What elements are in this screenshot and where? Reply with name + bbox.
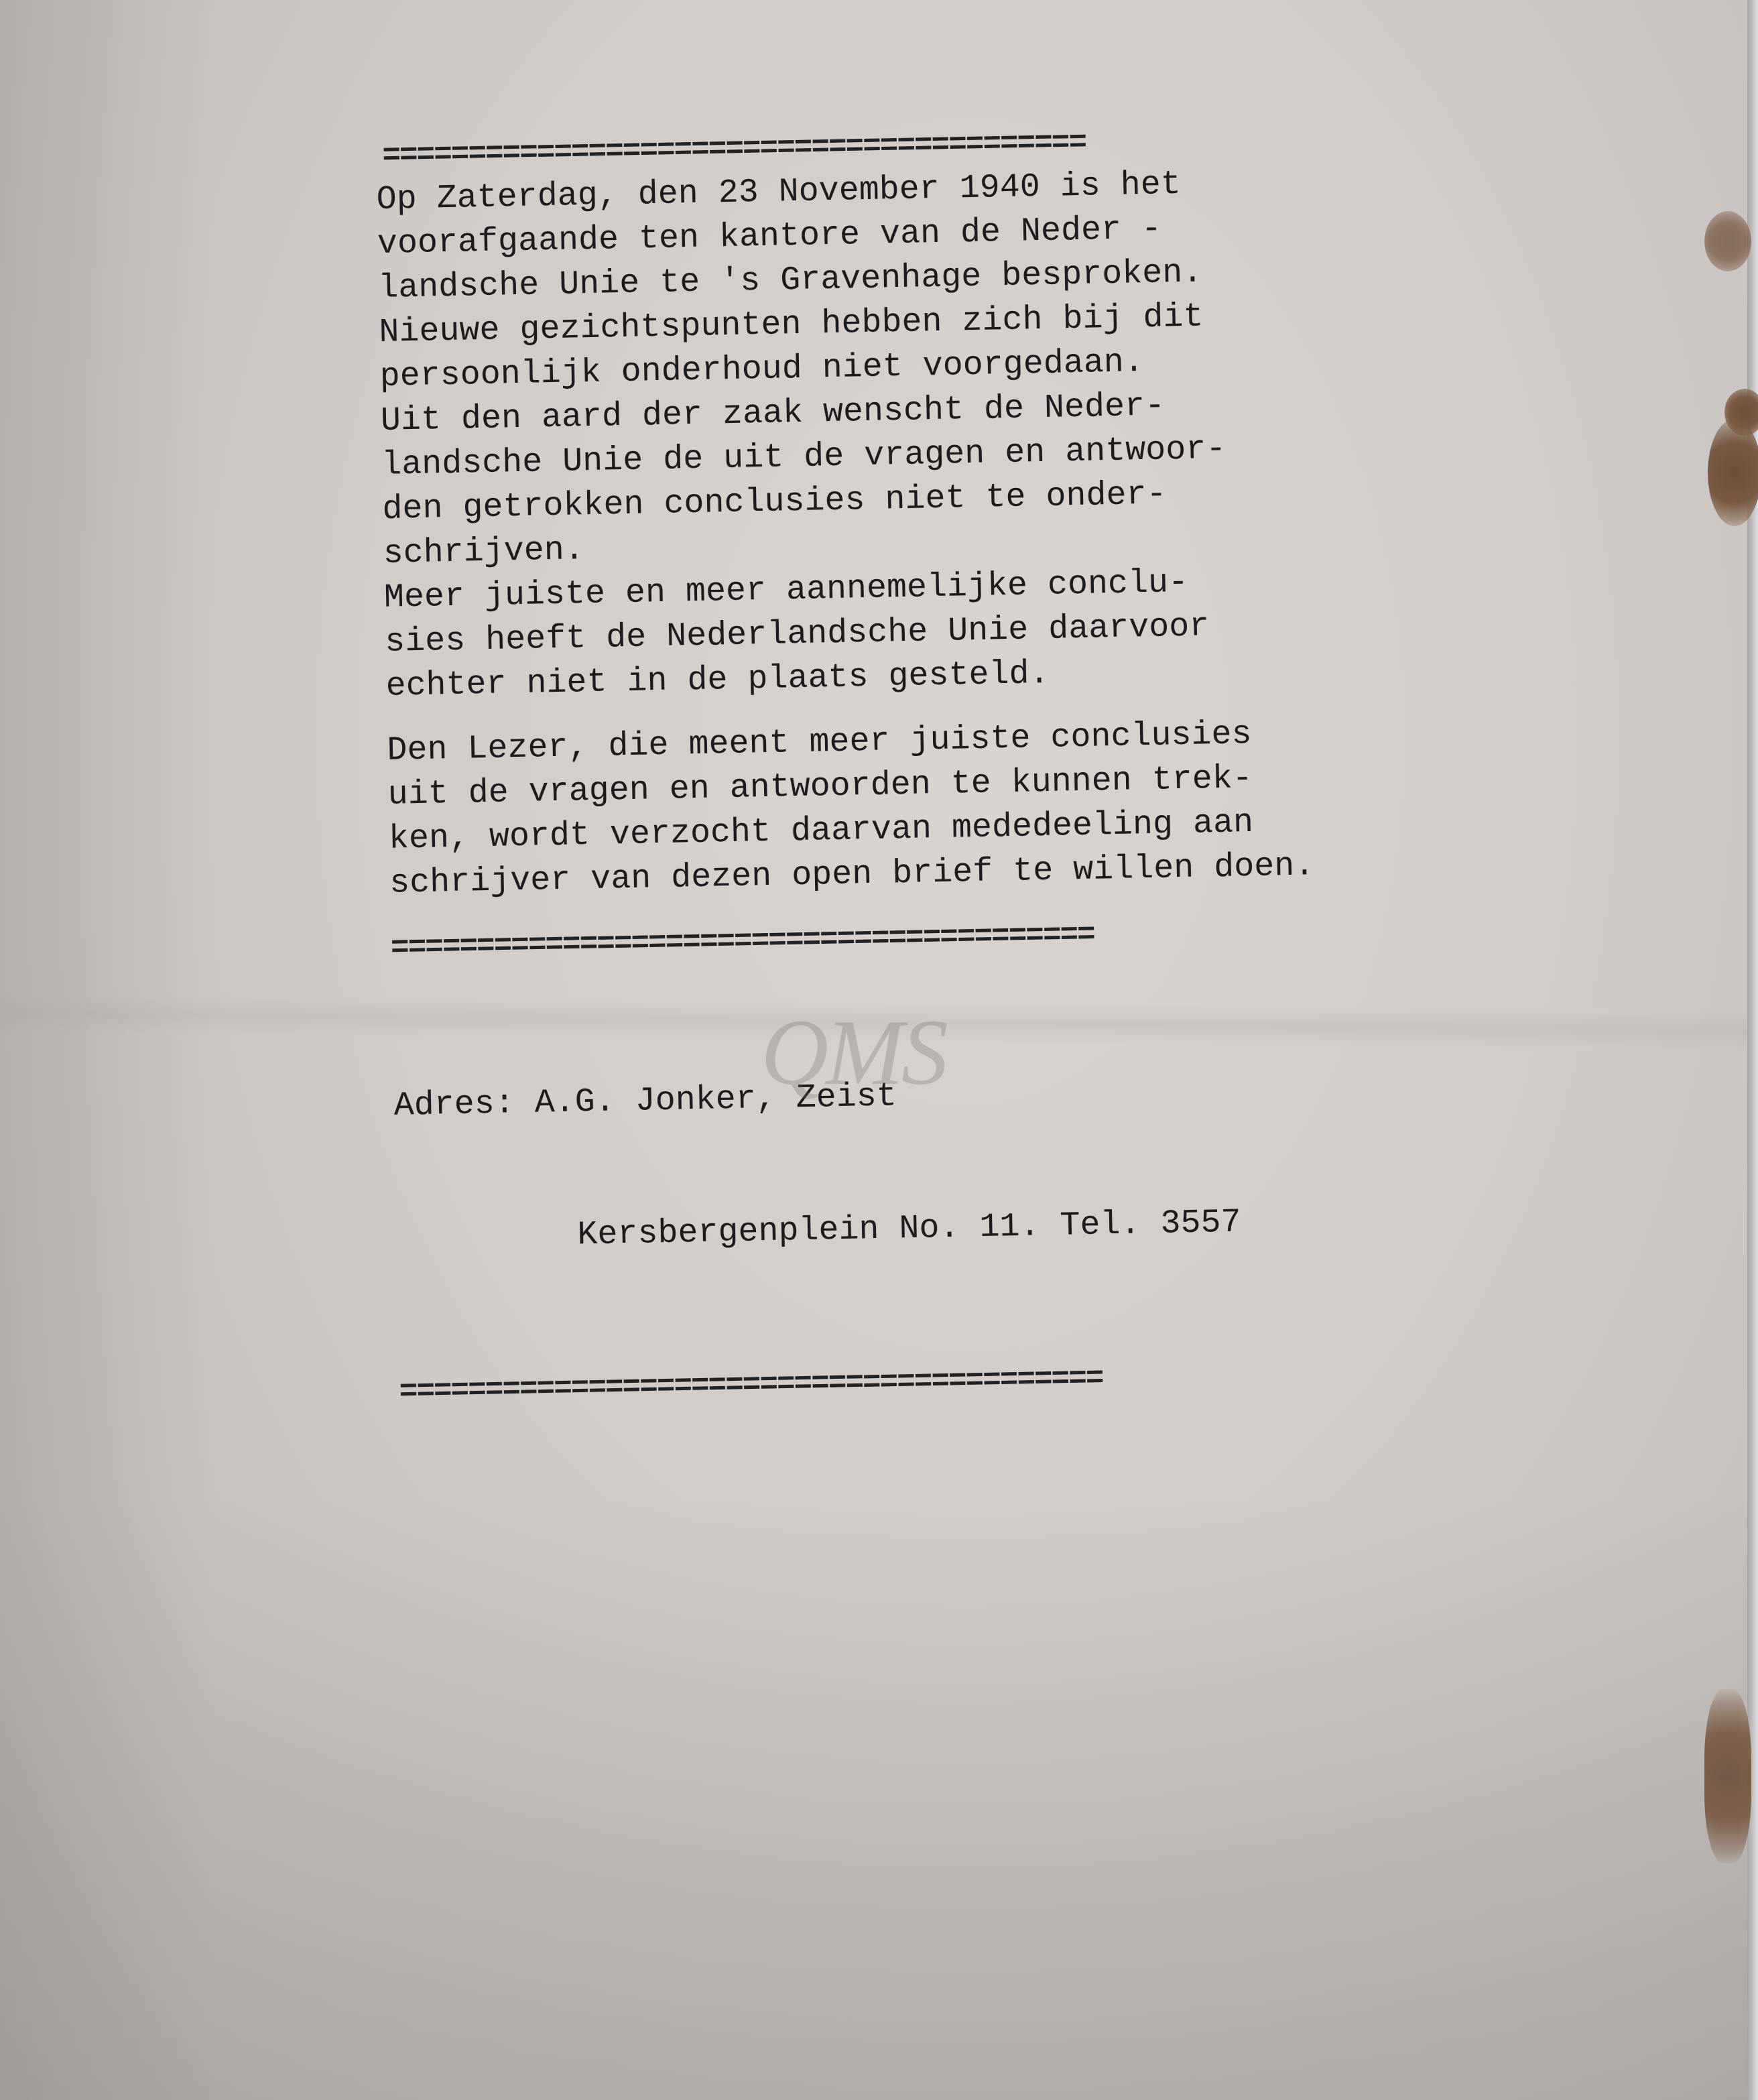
typewritten-letter: ========================================… <box>375 121 1418 1408</box>
bottom-divider: ========================================… <box>399 1357 1418 1407</box>
stain-mark <box>1708 419 1758 526</box>
paper-shadow-bottom <box>0 1497 1758 2100</box>
paragraph-reader-request: Den Lezer, die meent meer juiste conclus… <box>387 710 1409 906</box>
middle-divider: ========================================… <box>391 914 1410 964</box>
address-line-street: Kersbergenplein No. 11. Tel. 3557 <box>396 1198 1416 1261</box>
watermark: QMS <box>761 999 946 1107</box>
stain-mark <box>1704 211 1751 271</box>
paragraph-meeting-report: Op Zaterdag, den 23 November 1940 is het… <box>376 159 1405 709</box>
stain-mark <box>1704 1689 1751 1863</box>
